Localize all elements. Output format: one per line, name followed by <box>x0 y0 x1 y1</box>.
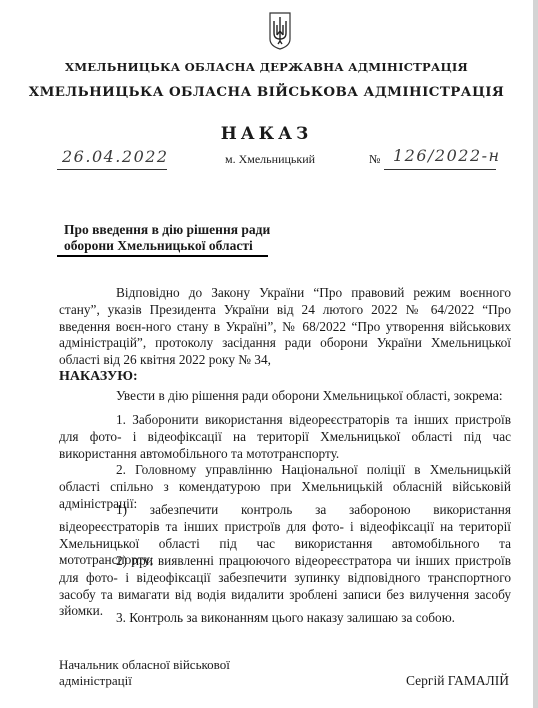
number-label: № <box>369 152 380 167</box>
intro-paragraph: Увести в дію рішення ради оборони Хмельн… <box>59 388 511 405</box>
subject-line-2: оборони Хмельницької області <box>64 238 274 254</box>
position-line-2: адміністрації <box>59 673 230 689</box>
signatory-position: Начальник обласної військової адміністра… <box>59 657 230 689</box>
page-edge <box>533 0 538 708</box>
intro-text: Увести в дію рішення ради оборони Хмельн… <box>59 388 511 405</box>
position-line-1: Начальник обласної військової <box>59 657 230 673</box>
date-underline <box>57 169 167 170</box>
subject-heading: Про введення в дію рішення ради оборони … <box>64 222 274 254</box>
item-3-text: 3. Контроль за виконанням цього наказу з… <box>59 610 511 627</box>
signatory-name: Сергій ГАМАЛІЙ <box>406 673 509 689</box>
number-underline <box>384 169 496 170</box>
preamble-paragraph: Відповідно до Закону України “Про правов… <box>59 285 511 369</box>
handwritten-number: 126/2022-н <box>393 146 501 165</box>
item-1-text: 1. Заборонити використання відеореєстрат… <box>59 412 511 462</box>
city-label: м. Хмельницький <box>225 152 315 167</box>
coat-of-arms-icon <box>268 11 292 51</box>
handwritten-date: 26.04.2022 <box>62 147 169 166</box>
subject-divider <box>57 255 268 257</box>
item-1-paragraph: 1. Заборонити використання відеореєстрат… <box>59 412 511 462</box>
subject-line-1: Про введення в дію рішення ради <box>64 222 274 238</box>
order-word: НАКАЗУЮ: <box>59 369 511 386</box>
preamble-text: Відповідно до Закону України “Про правов… <box>59 285 511 369</box>
document-page: ХМЕЛЬНИЦЬКА ОБЛАСНА ДЕРЖАВНА АДМІНІСТРАЦ… <box>0 0 533 708</box>
org-name-state-admin: ХМЕЛЬНИЦЬКА ОБЛАСНА ДЕРЖАВНА АДМІНІСТРАЦ… <box>0 60 533 74</box>
document-type-title: НАКАЗ <box>0 124 533 144</box>
item-3-paragraph: 3. Контроль за виконанням цього наказу з… <box>59 610 511 627</box>
org-name-military-admin: ХМЕЛЬНИЦЬКА ОБЛАСНА ВІЙСЬКОВА АДМІНІСТРА… <box>0 84 533 100</box>
